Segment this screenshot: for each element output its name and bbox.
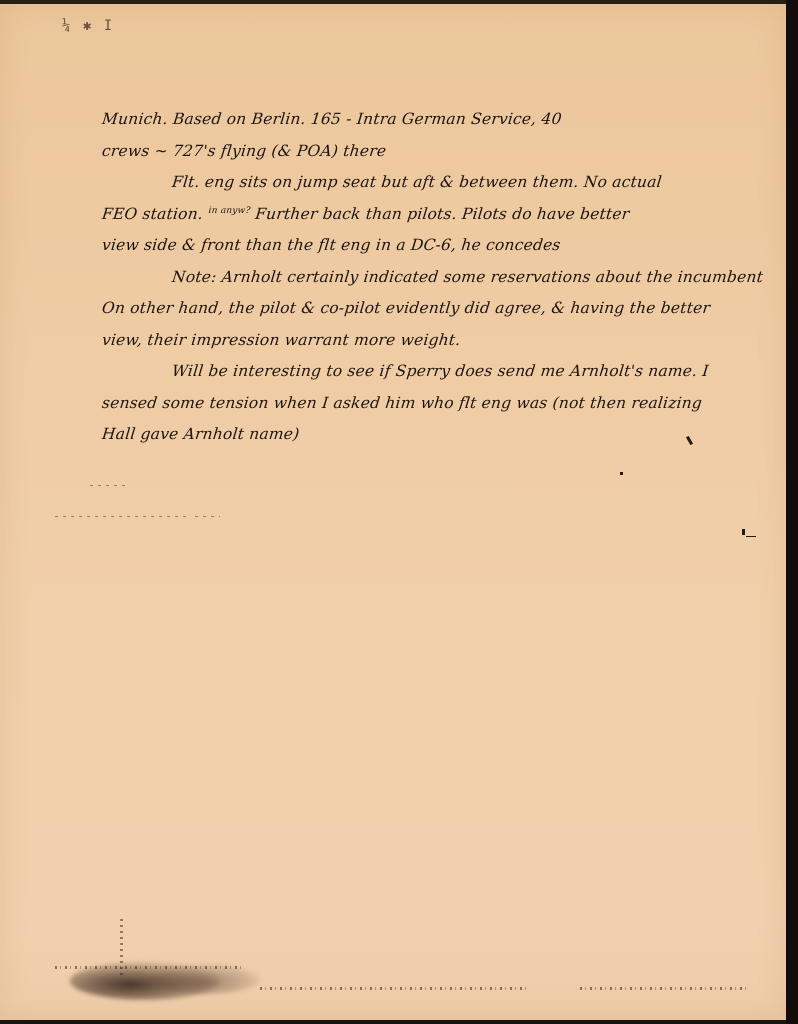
note-line-2: crews ~ 727's flying (& POA) there xyxy=(100,136,783,168)
note-line-11: Hall gave Arnholt name) xyxy=(100,419,783,451)
stray-mark xyxy=(620,472,623,475)
faint-dashes xyxy=(90,485,130,486)
note-line-4: FEO station. in anyw? Further back than … xyxy=(100,199,783,231)
faint-dashes xyxy=(195,516,220,517)
note-line-9: Will be interesting to see if Sperry doe… xyxy=(100,356,783,388)
note-line-8: view, their impression warrant more weig… xyxy=(100,325,783,357)
note-line-10: sensed some tension when I asked him who… xyxy=(100,388,783,420)
stray-mark xyxy=(742,529,745,535)
note-line-3: Flt. eng sits on jump seat but aft & bet… xyxy=(100,167,783,199)
note-line-4a: FEO station. xyxy=(101,205,204,223)
handwritten-notes: Munich. Based on Berlin. 165 - Intra Ger… xyxy=(102,104,782,451)
header-mark: ¼ ✱ I xyxy=(62,18,114,34)
note-line-5: view side & front than the flt eng in a … xyxy=(100,230,783,262)
note-line-4b: Further back than pilots. Pilots do have… xyxy=(254,205,630,223)
note-line-6: Note: Arnholt certainly indicated some r… xyxy=(100,262,783,294)
scan-smudge xyxy=(150,964,260,994)
faint-dashes xyxy=(55,516,190,517)
stray-mark xyxy=(746,536,756,537)
insertion-mark: in anyw? xyxy=(208,205,251,215)
scan-artifact xyxy=(580,987,750,990)
scan-right-edge xyxy=(786,0,798,1024)
scan-artifact xyxy=(260,987,530,990)
note-line-7: On other hand, the pilot & co-pilot evid… xyxy=(100,293,783,325)
note-line-1: Munich. Based on Berlin. 165 - Intra Ger… xyxy=(100,104,783,136)
paper-page: ¼ ✱ I Munich. Based on Berlin. 165 - Int… xyxy=(0,4,786,1020)
